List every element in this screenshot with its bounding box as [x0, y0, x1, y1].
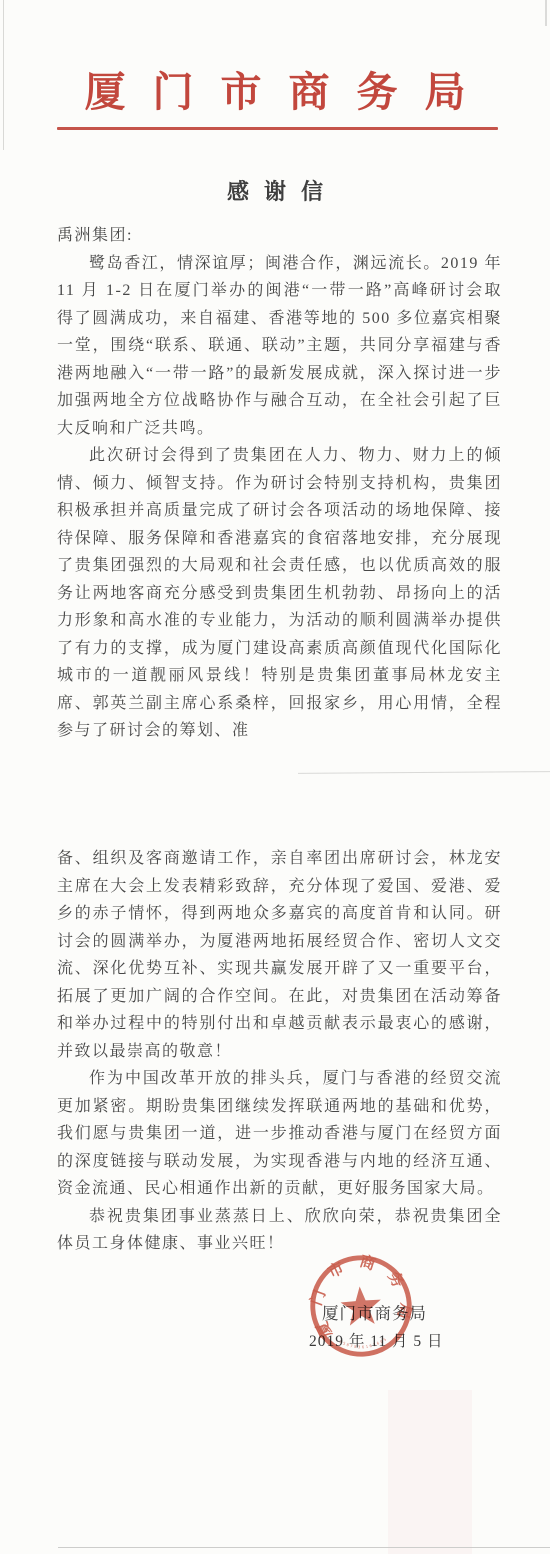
seal-star-icon: [340, 1285, 383, 1326]
paragraph-continuation: 备、组织及客商邀请工作，亲自率团出席研讨会，林龙安主席在大会上发表精彩致辞，充分…: [57, 845, 502, 1065]
paragraph: 恭祝贵集团事业蒸蒸日上、欣欣向荣，恭祝贵集团全体员工身体健康、事业兴旺！: [57, 1203, 502, 1258]
scan-discoloration: [388, 1390, 472, 1554]
letterhead-rule: [57, 127, 498, 130]
paragraph: 此次研讨会得到了贵集团在人力、物力、财力上的倾情、倾力、倾智支持。作为研讨会特别…: [57, 442, 502, 745]
paragraph: 鹭岛香江，情深谊厚；闽港合作，渊远流长。2019 年 11 月 1-2 日在厦门…: [57, 250, 502, 443]
scan-edge-right: [545, 0, 547, 26]
official-seal: 厦门市商务局 3507836163605: [304, 1249, 417, 1362]
letterhead-org-name: 厦门市商务局: [0, 70, 550, 115]
salutation: 禹洲集团:: [57, 222, 502, 250]
letter-title: 感谢信: [0, 175, 550, 206]
paragraph: 作为中国改革开放的排头兵，厦门与香港的经贸交流更加紧密。期盼贵集团继续发挥联通两…: [57, 1065, 502, 1203]
letter-body-page2: 备、组织及客商邀请工作，亲自率团出席研讨会，林龙安主席在大会上发表精彩致辞，充分…: [57, 845, 502, 1258]
letter-body-page1: 禹洲集团: 鹭岛香江，情深谊厚；闽港合作，渊远流长。2019 年 11 月 1-…: [57, 222, 502, 745]
scanned-letter-page: 厦门市商务局 感谢信 禹洲集团: 鹭岛香江，情深谊厚；闽港合作，渊远流长。201…: [0, 0, 550, 1554]
page-break-fold-line: [298, 771, 550, 774]
scan-edge-bottom: [58, 1547, 550, 1548]
